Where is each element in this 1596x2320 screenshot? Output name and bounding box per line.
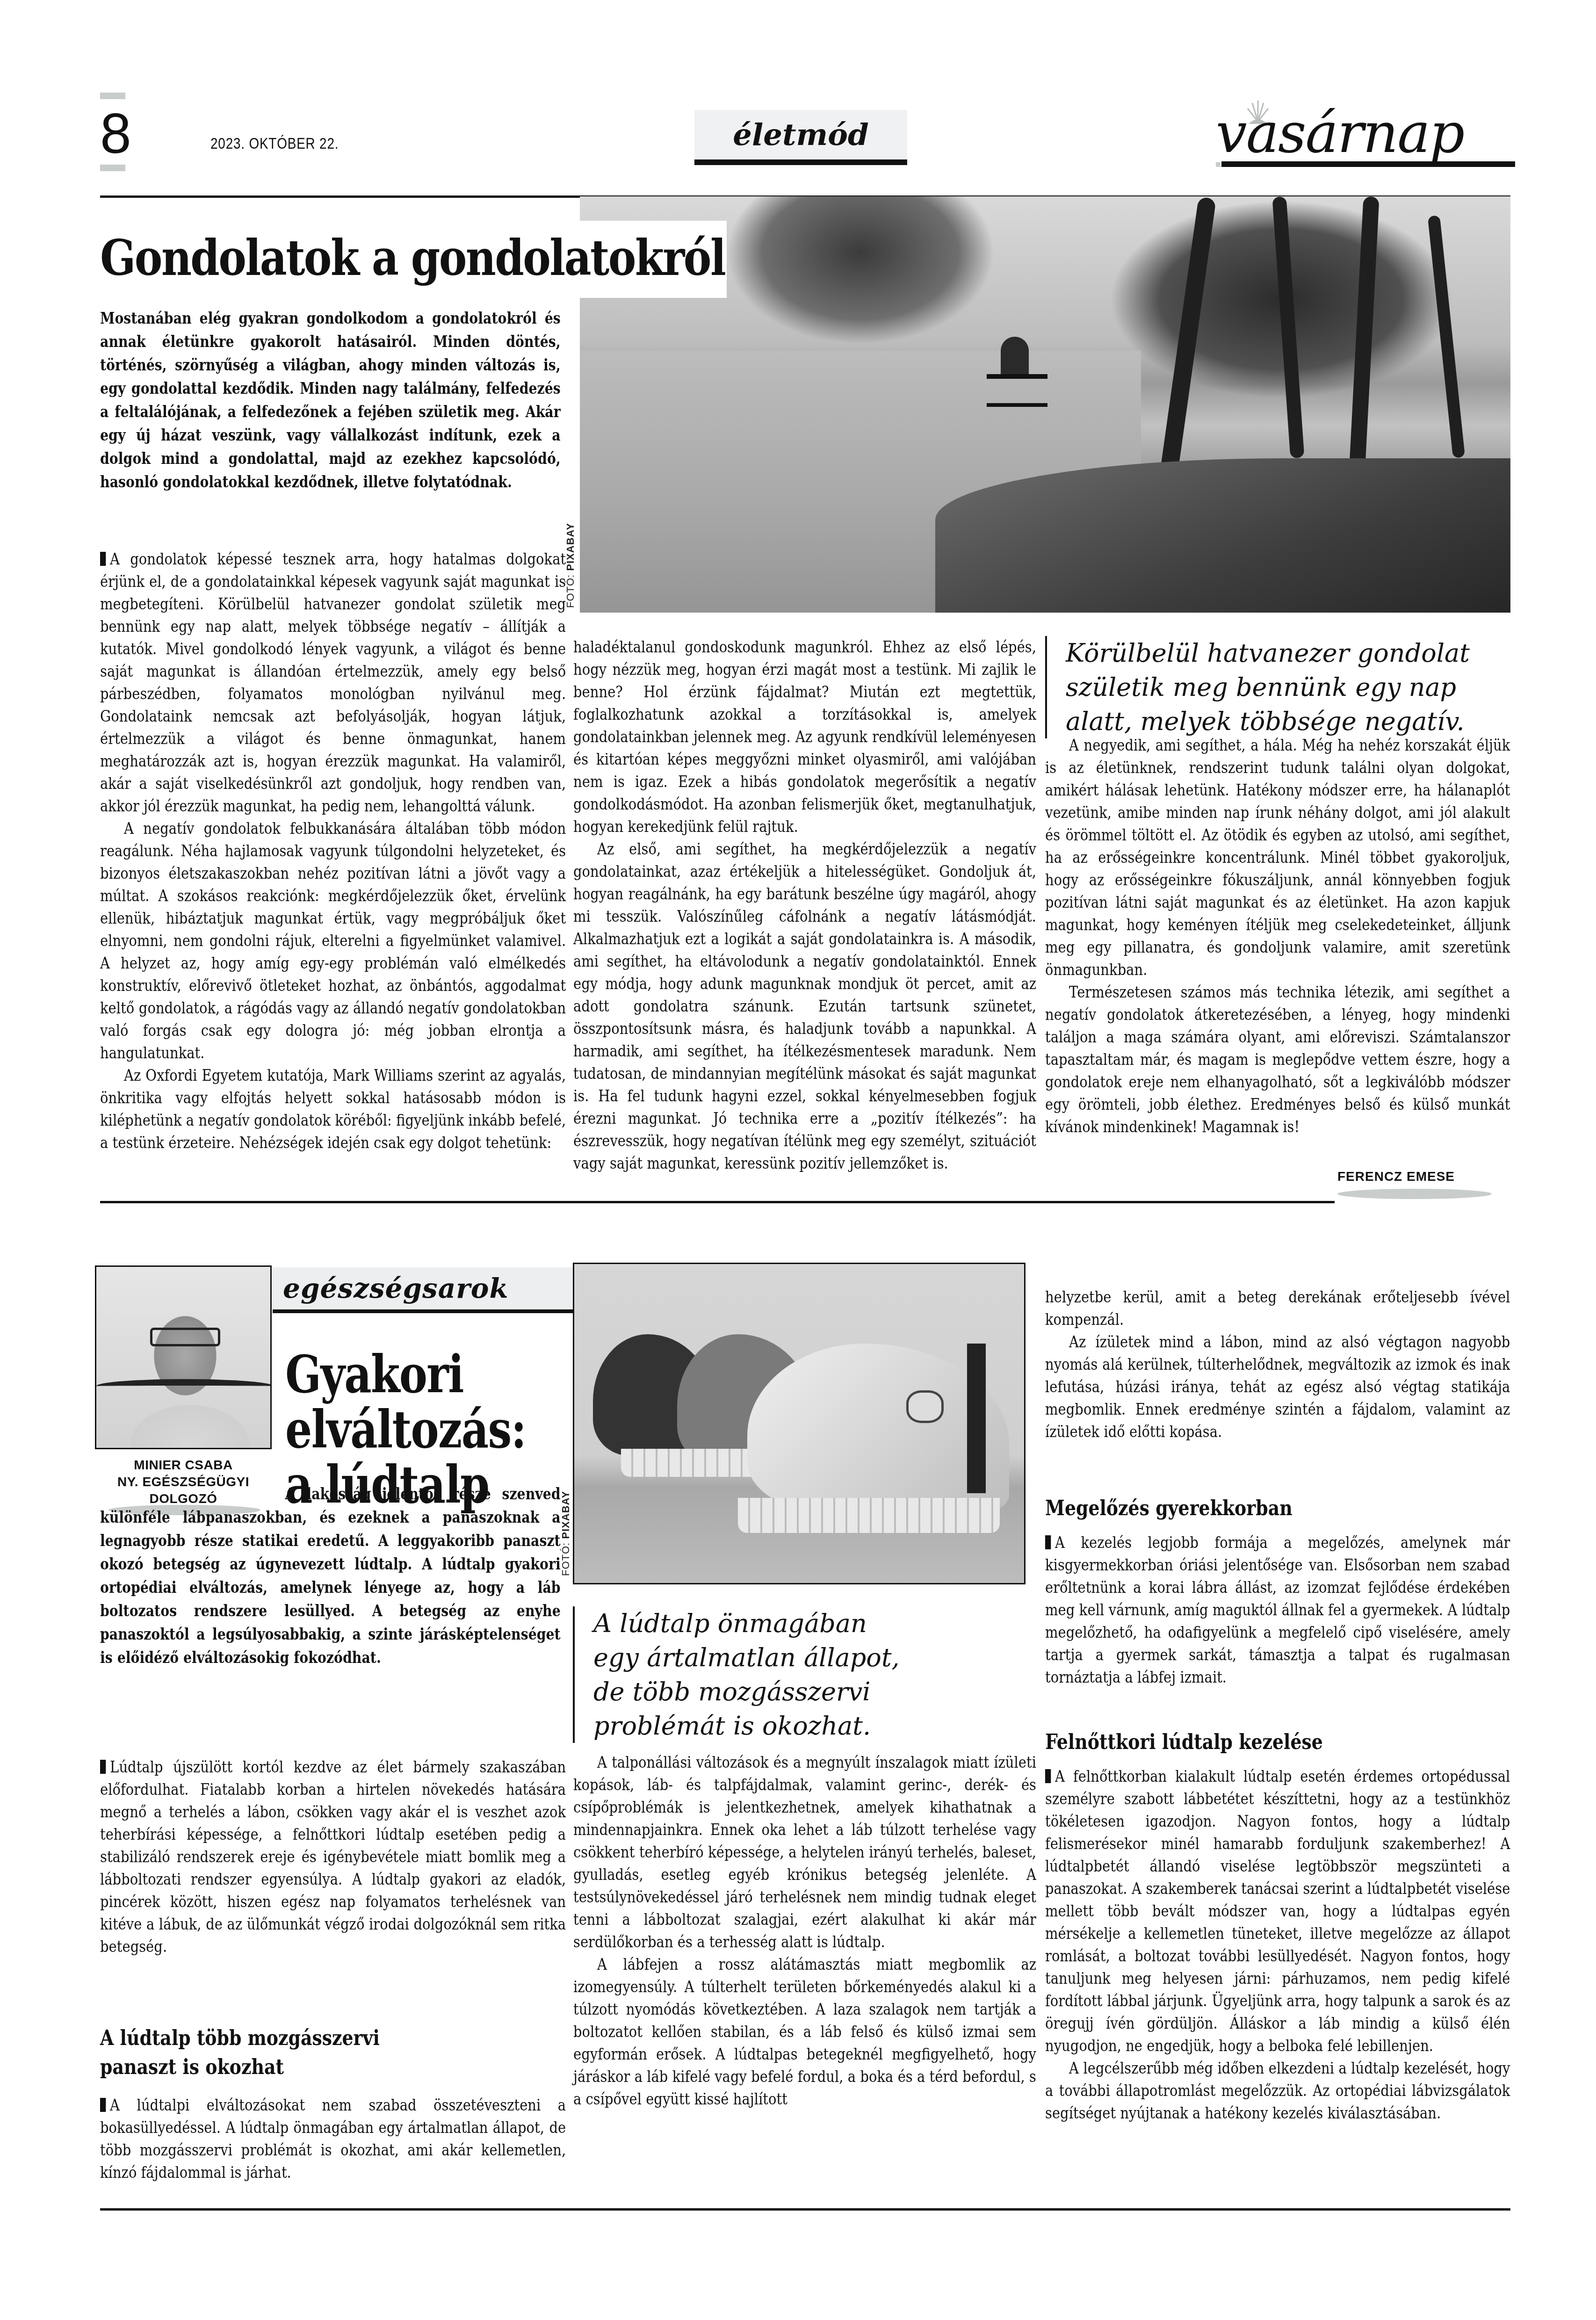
- photo-credit: FOTÓ: PIXABAY: [564, 523, 577, 608]
- footer-rule: [100, 2208, 1510, 2211]
- article-column-3: A negyedik, ami segíthet, a hála. Még ha…: [1045, 734, 1510, 1138]
- article-column-3: helyzetbe kerül, amit a beteg derekának …: [1045, 1286, 1510, 1443]
- newspaper-logo: vasárnap: [1216, 105, 1464, 160]
- boot-heel-tab: [967, 1344, 986, 1493]
- boots-photo: [573, 1263, 1025, 1584]
- article-column-3c: A felnőttkorban kialakult lúdtalp esetén…: [1045, 1765, 1510, 2125]
- paragraph: Az első, ami segíthet, ha megkérdőjelezz…: [573, 838, 1036, 1175]
- tree-trunk: [1272, 196, 1305, 458]
- issue-date: 2023. OKTÓBER 22.: [210, 135, 339, 153]
- article-column-1: A gondolatok képessé tesznek arra, hogy …: [100, 548, 566, 1154]
- paragraph: A talponállási változások és a megnyúlt …: [573, 1751, 1036, 1953]
- paragraph: Az Oxfordi Egyetem kutatója, Mark Willia…: [100, 1064, 566, 1154]
- paragraph: A gondolatok képessé tesznek arra, hogy …: [100, 548, 566, 817]
- shirt-collar: [96, 1379, 272, 1393]
- author-byline: FERENCZ EMESE: [1337, 1169, 1455, 1184]
- article-column-3b: A kezelés legjobb formája a megelőzés, a…: [1045, 1532, 1510, 1689]
- article-column-1b: A lúdtalpi elváltozásokat nem szabad öss…: [100, 2094, 566, 2184]
- article-column-2: haladéktalanul gondoskodunk magunkról. E…: [573, 636, 1036, 1175]
- column-rubric-text: egészségsarok: [283, 1272, 509, 1304]
- byline-decoration: [1337, 1189, 1492, 1199]
- author-photo: [95, 1265, 272, 1449]
- author-name: MINIER CSABA: [95, 1457, 272, 1474]
- paragraph: Az ízületek mind a lábon, mind az alsó v…: [1045, 1331, 1510, 1443]
- page-number: 8: [100, 110, 128, 157]
- tree-trunk: [1349, 196, 1379, 477]
- boot-sole: [738, 1498, 1000, 1533]
- boot-badge: [906, 1390, 944, 1423]
- subheading: Felnőttkori lúdtalp kezelése: [1045, 1728, 1323, 1757]
- paragraph: Lúdtalp újszülött kortól kezdve az élet …: [100, 1756, 566, 1958]
- section-label-text: életmód: [733, 117, 868, 152]
- tree-trunk: [1158, 196, 1216, 486]
- paragraph: A negatív gondolatok felbukkanására álta…: [100, 817, 566, 1064]
- photo-credit: FOTÓ: PIXABAY: [560, 1491, 572, 1576]
- stone-shore: [935, 458, 1510, 613]
- pull-quote: Körülbelül hatvanezer gondolat születik …: [1045, 636, 1494, 738]
- glasses: [150, 1328, 220, 1346]
- article-divider: [100, 1201, 1335, 1203]
- paragraph: A felnőttkorban kialakult lúdtalp esetén…: [1045, 1765, 1510, 2057]
- paragraph: helyzetbe kerül, amit a beteg derekának …: [1045, 1286, 1510, 1331]
- article-column-2: A talponállási változások és a megnyúlt …: [573, 1751, 1036, 2110]
- article-lead: Mostanában elég gyakran gondolkodom a go…: [100, 307, 561, 494]
- paragraph: A lábfejen a rossz alátámasztás miatt me…: [573, 1953, 1036, 2110]
- section-label: életmód: [694, 110, 907, 165]
- sitting-person: [1001, 337, 1029, 379]
- paragraph: haladéktalanul gondoskodunk magunkról. E…: [573, 636, 1036, 838]
- paragraph: A negyedik, ami segíthet, a hála. Még ha…: [1045, 734, 1510, 981]
- tree-trunk: [1428, 215, 1465, 458]
- bench: [987, 374, 1047, 407]
- page-number-bar-bottom: [100, 165, 125, 171]
- paragraph: Természetesen számos más technika létezi…: [1045, 981, 1510, 1138]
- subheading: Megelőzés gyerekkorban: [1045, 1494, 1293, 1523]
- pull-quote: A lúdtalp önmagában egy ártalmatlan álla…: [573, 1606, 900, 1743]
- paragraph: A legcélszerűbb még időben elkezdeni a l…: [1045, 2057, 1510, 2125]
- article-title: Gondolatok a gondolatokról: [100, 229, 725, 287]
- paragraph: A kezelés legjobb formája a megelőzés, a…: [1045, 1532, 1510, 1689]
- column-rubric: egészségsarok: [273, 1267, 573, 1313]
- logo-accent: [1216, 162, 1220, 167]
- paragraph: A lúdtalpi elváltozásokat nem szabad öss…: [100, 2094, 566, 2184]
- article-lead: A lakosság jelentős része szenved különf…: [100, 1482, 561, 1670]
- page-number-bar-top: [100, 93, 125, 99]
- subheading: A lúdtalp több mozgásszervi panaszt is o…: [100, 2024, 422, 2082]
- article-column-1: Lúdtalp újszülött kortól kezdve az élet …: [100, 1756, 566, 1958]
- logo-underline: [1221, 161, 1515, 167]
